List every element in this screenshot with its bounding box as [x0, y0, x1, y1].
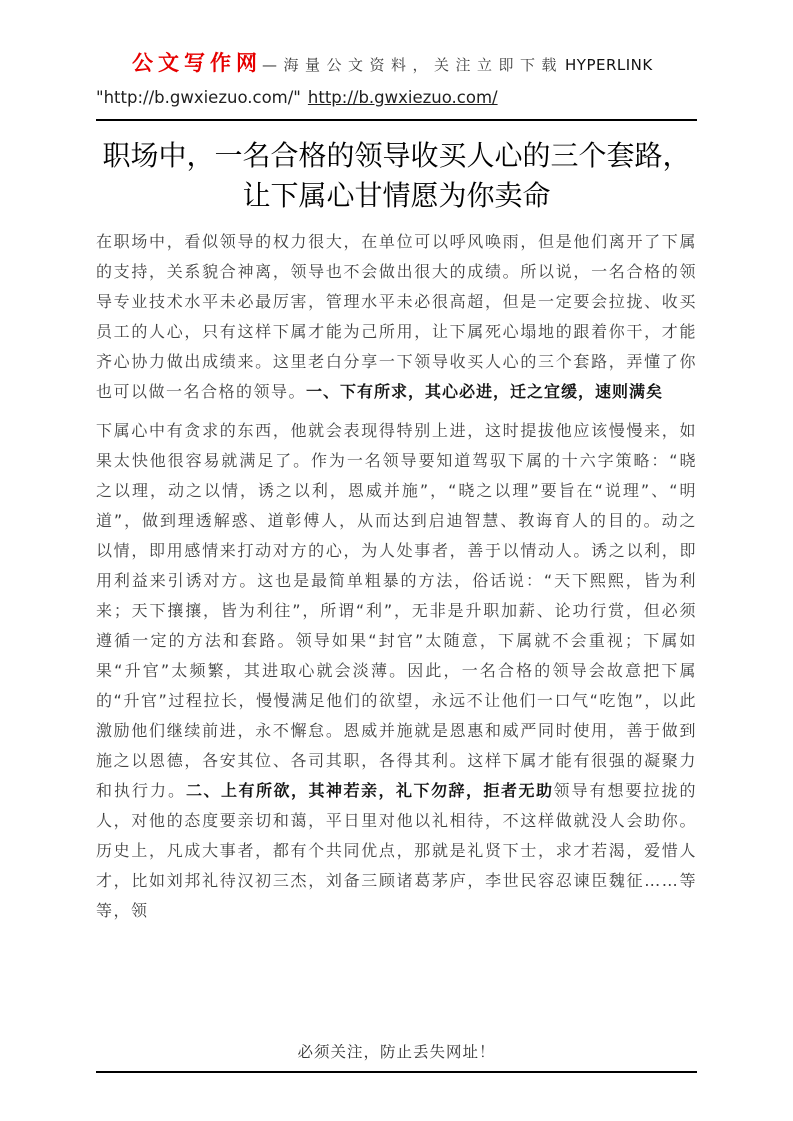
document-title: 职场中，一名合格的领导收买人心的三个套路，让下属心甘情愿为你卖命 — [96, 136, 697, 216]
paragraph-1: 在职场中，看似领导的权力很大，在单位可以呼风唤雨，但是他们离开了下属的支持，关系… — [96, 227, 697, 407]
document-page: 公文写作网—海量公文资料，关注立即下载HYPERLINK "http://b.g… — [0, 0, 793, 1121]
site-brand: 公文写作网 — [132, 51, 262, 75]
section-heading-1: 一、下有所求，其心必进，迁之宜缓，速则满矣 — [306, 382, 663, 401]
section-heading-2: 二、上有所欲，其神若亲，礼下勿辞，拒者无助 — [186, 781, 553, 800]
paragraph-2: 下属心中有贪求的东西，他就会表现得特别上进，这时提拔他应该慢慢来，如果太快他很容… — [96, 416, 697, 926]
footer-notice: 必须关注，防止丢失网址！ — [297, 1043, 495, 1061]
site-tagline: —海量公文资料，关注立即下载 — [262, 56, 563, 74]
site-header: 公文写作网—海量公文资料，关注立即下载HYPERLINK "http://b.g… — [96, 50, 697, 121]
hyperlink-field-label: HYPERLINK — [565, 56, 653, 74]
header-brand-line: 公文写作网—海量公文资料，关注立即下载HYPERLINK — [132, 50, 697, 78]
paragraph-1-text: 在职场中，看似领导的权力很大，在单位可以呼风唤雨，但是他们离开了下属的支持，关系… — [96, 232, 697, 401]
site-url-link[interactable]: http://b.gwxiezuo.com/ — [308, 88, 498, 107]
site-url-quoted: "http://b.gwxiezuo.com/" — [96, 88, 301, 107]
paragraph-2-text: 下属心中有贪求的东西，他就会表现得特别上进，这时提拔他应该慢慢来，如果太快他很容… — [96, 421, 697, 800]
page-footer: 必须关注，防止丢失网址！ — [96, 1040, 697, 1073]
header-url-line: "http://b.gwxiezuo.com/"http://b.gwxiezu… — [96, 87, 697, 109]
document-body: 在职场中，看似领导的权力很大，在单位可以呼风唤雨，但是他们离开了下属的支持，关系… — [96, 227, 697, 935]
paragraph-2-continuation: 领导有想要拉拢的人，对他的态度要亲切和蔼，平日里对他以礼相待，不这样做就没人会助… — [96, 781, 697, 920]
